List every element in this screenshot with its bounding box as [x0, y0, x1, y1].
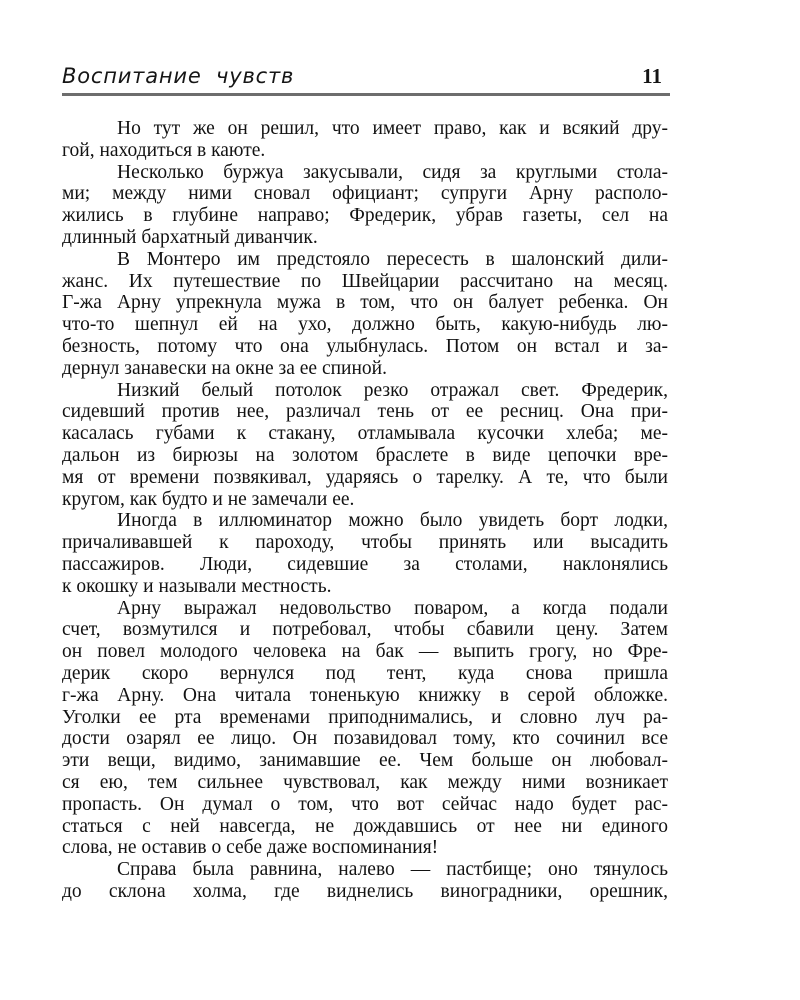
text-line: жанс. Их путешествие по Швейцарии рассчи… [62, 271, 668, 293]
text-line: Уголки ее рта временами приподнимались, … [62, 707, 668, 729]
text-line: дальон из бирюзы на золотом браслете в в… [62, 445, 668, 467]
text-line: дерик скоро вернулся под тент, куда снов… [62, 663, 668, 685]
page-text: Но тут же он решил, что имеет право, как… [62, 118, 668, 903]
text-line: он повел молодого человека на бак — выпи… [62, 641, 668, 663]
paragraph: Справа была равнина, налево — пастбище; … [62, 859, 668, 903]
paragraph: В Монтеро им предстояло пересесть в шало… [62, 249, 668, 380]
text-line: ми; между ними сновал официант; супруги … [62, 183, 668, 205]
text-line: статься с ней навсегда, не дождавшись от… [62, 816, 668, 838]
text-line: кругом, как будто и не замечали ее. [62, 489, 668, 511]
text-line: пропасть. Он думал о том, что вот сейчас… [62, 794, 668, 816]
text-line: Справа была равнина, налево — пастбище; … [62, 859, 668, 881]
book-page: Воспитание чувств 11 Но тут же он решил,… [0, 0, 800, 1000]
running-title: Воспитание чувств [62, 64, 294, 88]
paragraph: Но тут же он решил, что имеет право, как… [62, 118, 668, 162]
paragraph: Арну выражал недовольство поваром, а ког… [62, 598, 668, 860]
text-line: Г-жа Арну упрекнула мужа в том, что он б… [62, 292, 668, 314]
text-line: ся ею, тем сильнее чувствовал, как между… [62, 772, 668, 794]
text-line: сидевший против нее, различал тень от ее… [62, 401, 668, 423]
text-line: В Монтеро им предстояло пересесть в шало… [62, 249, 668, 271]
text-line: Иногда в иллюминатор можно было увидеть … [62, 510, 668, 532]
paragraph: Иногда в иллюминатор можно было увидеть … [62, 510, 668, 597]
text-line: жились в глубине направо; Фредерик, убра… [62, 205, 668, 227]
header-rule [62, 93, 670, 96]
text-line: к окошку и называли местность. [62, 576, 668, 598]
text-line: гой, находиться в каюте. [62, 140, 668, 162]
paragraph: Несколько буржуа закусывали, сидя за кру… [62, 162, 668, 249]
text-line: касалась губами к стакану, отламывала ку… [62, 423, 668, 445]
text-line: г-жа Арну. Она читала тоненькую книжку в… [62, 685, 668, 707]
page-header: Воспитание чувств 11 [62, 64, 670, 89]
text-line: мя от времени позвякивал, ударяясь о тар… [62, 467, 668, 489]
text-line: дости озарял ее лицо. Он позавидовал том… [62, 728, 668, 750]
text-line: длинный бархатный диванчик. [62, 227, 668, 249]
text-line: счет, возмутился и потребовал, чтобы сба… [62, 619, 668, 641]
text-line: причаливавшей к пароходу, чтобы принять … [62, 532, 668, 554]
text-line: пассажиров. Люди, сидевшие за столами, н… [62, 554, 668, 576]
text-line: до склона холма, где виднелись виноградн… [62, 881, 668, 903]
text-line: Несколько буржуа закусывали, сидя за кру… [62, 162, 668, 184]
text-line: Арну выражал недовольство поваром, а ког… [62, 598, 668, 620]
paragraph: Низкий белый потолок резко отражал свет.… [62, 380, 668, 511]
text-line: слова, не оставив о себе даже воспоминан… [62, 837, 668, 859]
text-line: дернул занавески на окне за ее спиной. [62, 358, 668, 380]
text-line: безность, потому что она улыбнулась. Пот… [62, 336, 668, 358]
text-line: Но тут же он решил, что имеет право, как… [62, 118, 668, 140]
text-line: Низкий белый потолок резко отражал свет.… [62, 380, 668, 402]
page-number: 11 [642, 64, 670, 89]
text-line: что-то шепнул ей на ухо, должно быть, ка… [62, 314, 668, 336]
text-line: эти вещи, видимо, занимавшие ее. Чем бол… [62, 750, 668, 772]
